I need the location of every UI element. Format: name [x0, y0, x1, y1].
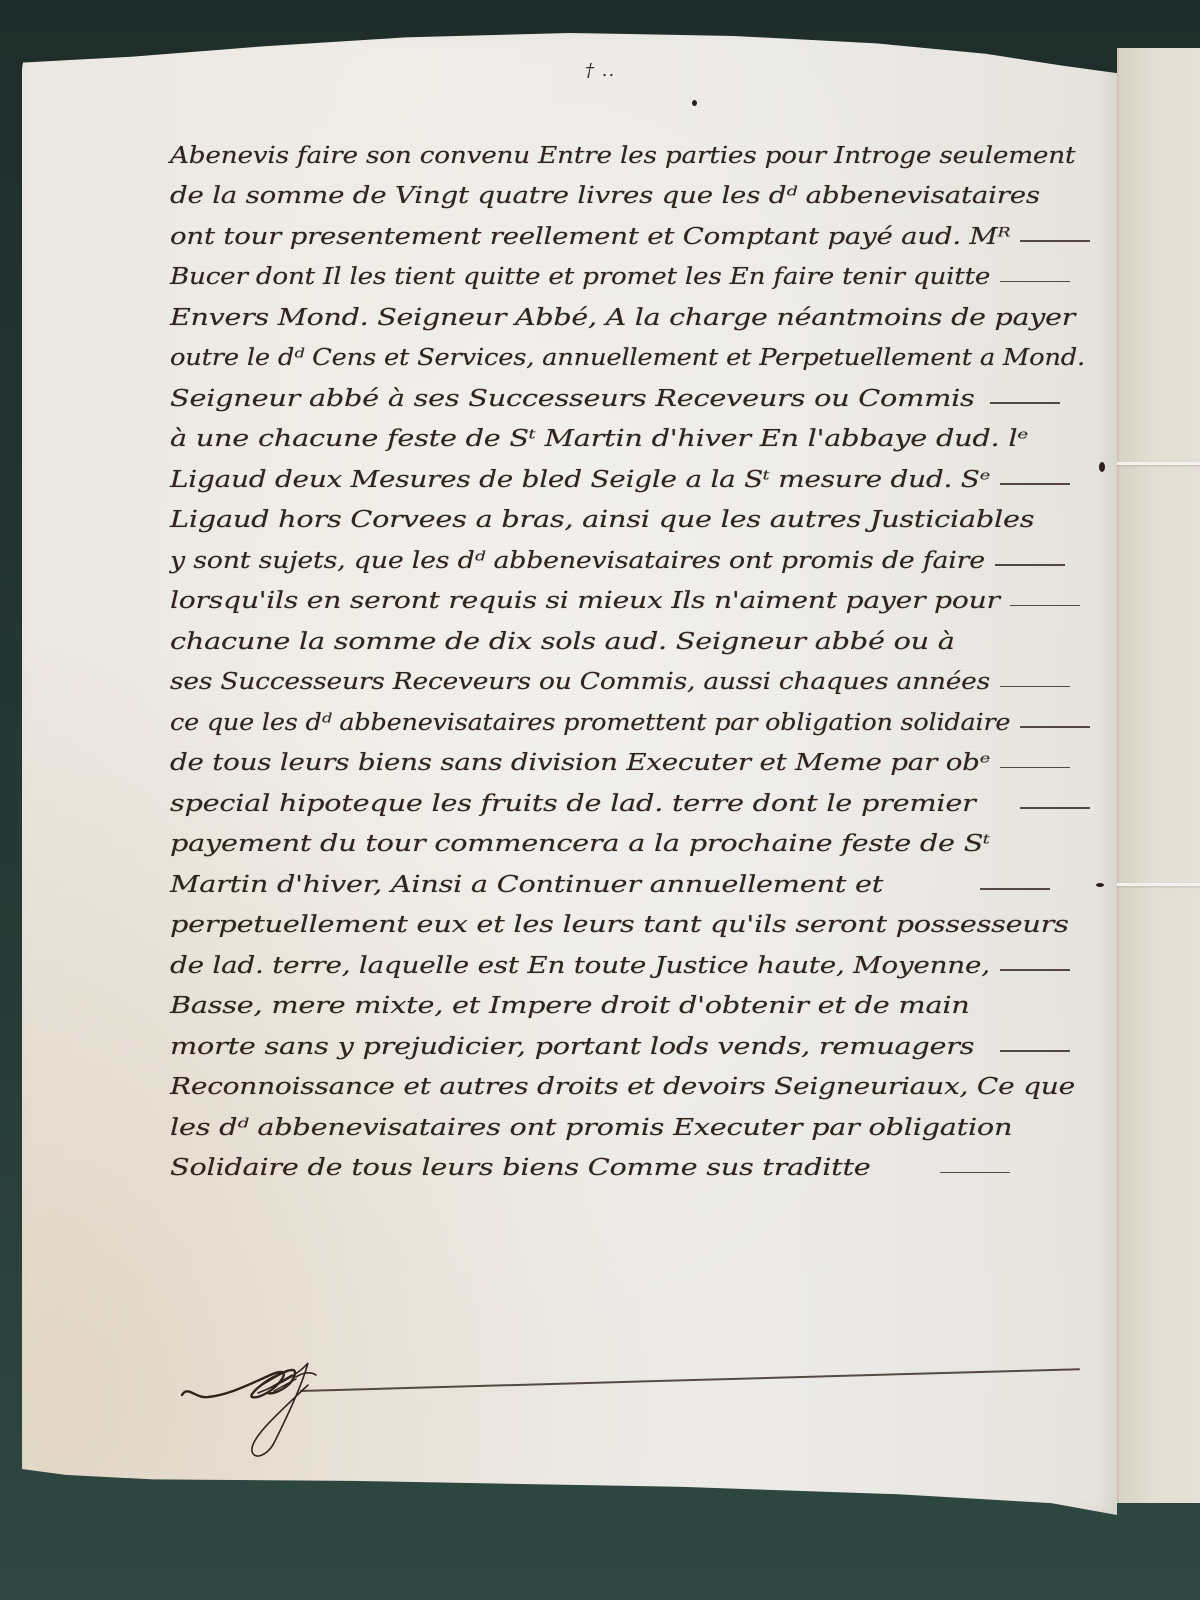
manuscript-line: outre le dᵈ Cens et Services, annuelleme… [170, 331, 1100, 372]
manuscript-line-text: Reconnoissance et autres droits et devoi… [170, 1074, 1075, 1100]
manuscript-line-text: payement du tour commencera a la prochai… [170, 831, 990, 857]
manuscript-line: Reconnoissance et autres droits et devoi… [170, 1060, 1100, 1101]
manuscript-line-text: à une chacune feste de Sᵗ Martin d'hiver… [170, 426, 1028, 452]
fold-crease-lower [1117, 883, 1200, 886]
manuscript-line-text: Solidaire de tous leurs biens Comme sus … [170, 1155, 871, 1181]
manuscript-line: y sont sujets, que les dᵈ abbenevisatair… [170, 533, 1100, 574]
ink-spot [692, 100, 697, 106]
manuscript-line: ses Successeurs Receveurs ou Commis, aus… [170, 655, 1100, 696]
manuscript-line-text: Abenevis faire son convenu Entre les par… [170, 143, 1075, 169]
manuscript-line: lorsqu'ils en seront requis si mieux Ils… [170, 574, 1100, 615]
manuscript-line: chacune la somme de dix sols aud. Seigne… [170, 614, 1100, 655]
manuscript-line: à une chacune feste de Sᵗ Martin d'hiver… [170, 412, 1100, 453]
line-filler-dash [1000, 686, 1070, 688]
manuscript-line-text: Ligaud hors Corvees a bras, ainsi que le… [170, 507, 1034, 533]
manuscript-line-text: morte sans y prejudicier, portant lods v… [170, 1034, 974, 1060]
line-filler-dash [1000, 1050, 1070, 1052]
manuscript-line-text: ont tour presentement reellement et Comp… [170, 224, 1010, 250]
manuscript-line: Abenevis faire son convenu Entre les par… [170, 128, 1100, 169]
fold-crease-upper [1117, 462, 1200, 465]
manuscript-line-text: les dᵈ abbenevisataires ont promis Execu… [170, 1115, 1012, 1141]
manuscript-line: Basse, mere mixte, et Impere droit d'obt… [170, 979, 1100, 1020]
manuscript-line: ont tour presentement reellement et Comp… [170, 209, 1100, 250]
line-filler-dash [1020, 807, 1090, 809]
manuscript-line-text: outre le dᵈ Cens et Services, annuelleme… [170, 345, 1085, 371]
manuscript-line: payement du tour commencera a la prochai… [170, 817, 1100, 858]
manuscript-line: de lad. terre, laquelle est En toute Jus… [170, 938, 1100, 979]
line-filler-dash [1000, 483, 1070, 485]
handwritten-text-block: Abenevis faire son convenu Entre les par… [170, 128, 1100, 1181]
line-filler-dash [980, 888, 1050, 890]
manuscript-line-text: Bucer dont Il les tient quitte et promet… [170, 264, 990, 290]
line-filler-dash [940, 1172, 1010, 1174]
manuscript-line: les dᵈ abbenevisataires ont promis Execu… [170, 1100, 1100, 1141]
line-filler-dash [1020, 240, 1090, 242]
manuscript-line: de la somme de Vingt quatre livres que l… [170, 169, 1100, 210]
manuscript-line-text: Basse, mere mixte, et Impere droit d'obt… [170, 993, 970, 1019]
manuscript-line-text: special hipoteque les fruits de lad. ter… [170, 791, 976, 817]
manuscript-line: Ligaud hors Corvees a bras, ainsi que le… [170, 493, 1100, 534]
line-filler-dash [990, 402, 1060, 404]
manuscript-line: morte sans y prejudicier, portant lods v… [170, 1019, 1100, 1060]
manuscript-line: Envers Mond. Seigneur Abbé, A la charge … [170, 290, 1100, 331]
manuscript-line-text: ses Successeurs Receveurs ou Commis, aus… [170, 669, 990, 695]
manuscript-line-text: Envers Mond. Seigneur Abbé, A la charge … [170, 305, 1075, 331]
manuscript-line: special hipoteque les fruits de lad. ter… [170, 776, 1100, 817]
line-filler-dash [1000, 281, 1070, 283]
manuscript-line: perpetuellement eux et les leurs tant qu… [170, 898, 1100, 939]
line-filler-dash [1010, 605, 1080, 607]
line-filler-dash [995, 564, 1065, 566]
line-filler-dash [1000, 767, 1070, 769]
manuscript-line: Solidaire de tous leurs biens Comme sus … [170, 1141, 1100, 1182]
manuscript-line-text: de la somme de Vingt quatre livres que l… [170, 183, 1040, 209]
adjacent-leaf [1117, 48, 1200, 1503]
manuscript-line: Ligaud deux Mesures de bled Seigle a la … [170, 452, 1100, 493]
photo-scene: † .. Abenevis faire son convenu Entre le… [0, 0, 1200, 1600]
manuscript-line-text: ce que les dᵈ abbenevisataires prometten… [170, 710, 1010, 736]
signature-paraph-icon [178, 1355, 418, 1465]
line-filler-dash [1020, 726, 1090, 728]
manuscript-line-text: de lad. terre, laquelle est En toute Jus… [170, 953, 990, 979]
manuscript-line: ce que les dᵈ abbenevisataires prometten… [170, 695, 1100, 736]
manuscript-line-text: Ligaud deux Mesures de bled Seigle a la … [170, 467, 990, 493]
manuscript-line-text: y sont sujets, que les dᵈ abbenevisatair… [170, 548, 985, 574]
line-filler-dash [1000, 969, 1070, 971]
manuscript-line-text: Seigneur abbé à ses Successeurs Receveur… [170, 386, 975, 412]
manuscript-line-text: de tous leurs biens sans division Execut… [170, 750, 990, 776]
manuscript-line-text: perpetuellement eux et les leurs tant qu… [170, 912, 1069, 938]
manuscript-line: Martin d'hiver, Ainsi a Continuer annuel… [170, 857, 1100, 898]
manuscript-line-text: chacune la somme de dix sols aud. Seigne… [170, 629, 955, 655]
manuscript-line: Seigneur abbé à ses Successeurs Receveur… [170, 371, 1100, 412]
header-mark: † .. [585, 60, 615, 81]
manuscript-line: Bucer dont Il les tient quitte et promet… [170, 250, 1100, 291]
manuscript-line: de tous leurs biens sans division Execut… [170, 736, 1100, 777]
manuscript-line-text: Martin d'hiver, Ainsi a Continuer annuel… [170, 872, 883, 898]
manuscript-line-text: lorsqu'ils en seront requis si mieux Ils… [170, 588, 1000, 614]
